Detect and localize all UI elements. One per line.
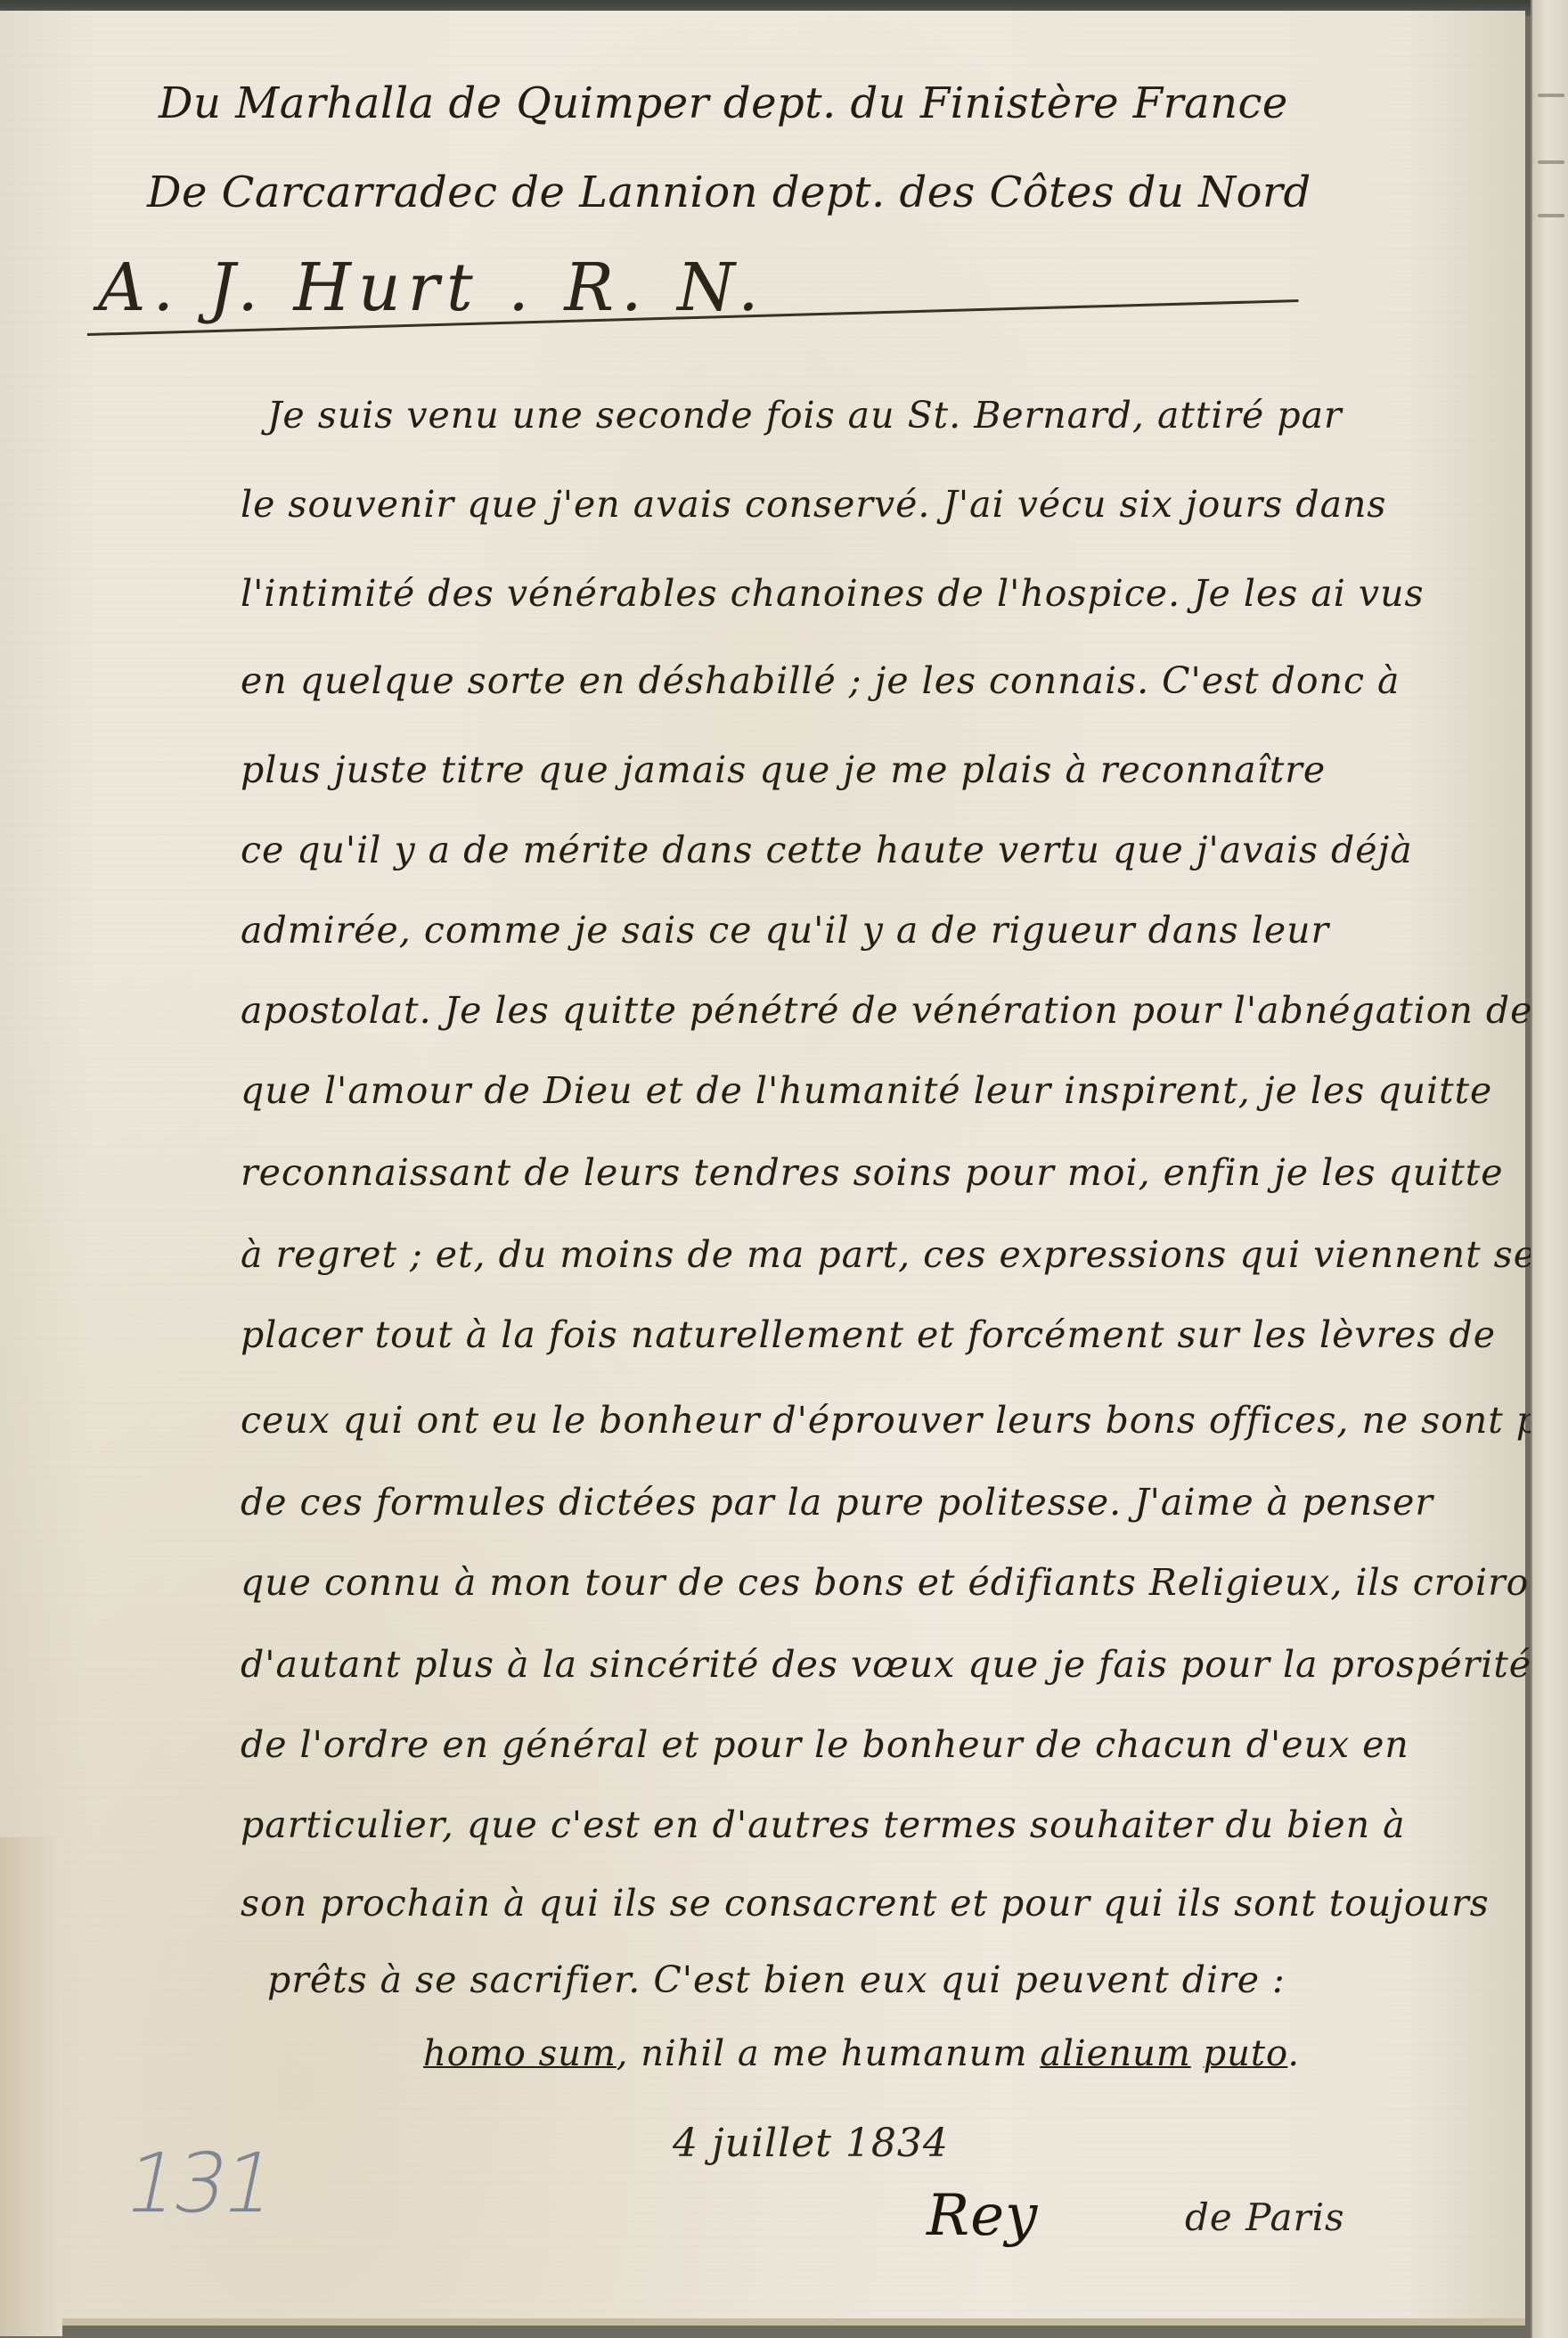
header-line-2: De Carcarradec de Lannion dept. des Côte…: [147, 168, 1311, 217]
body-line: plus juste titre que jamais que je me pl…: [241, 748, 1326, 791]
body-line: ce qu'il y a de mérite dans cette haute …: [241, 829, 1413, 871]
header-line-1: Du Marhalla de Quimper dept. du Finistèr…: [159, 78, 1288, 128]
body-line: apostolat. Je les quitte pénétré de véné…: [241, 989, 1568, 1032]
adjacent-page-edge: [1531, 0, 1568, 2338]
body-line: le souvenir que j'en avais conservé. J'a…: [241, 483, 1386, 526]
quote-word: homo sum: [423, 2033, 617, 2074]
letter-date: 4 juillet 1834: [673, 2121, 949, 2166]
body-line: son prochain à qui ils se consacrent et …: [241, 1882, 1490, 1925]
body-line: l'intimité des vénérables chanoines de l…: [241, 572, 1425, 615]
body-line: en quelque sorte en déshabillé ; je les …: [241, 659, 1400, 702]
page-number: 131: [117, 2136, 282, 2231]
body-line: d'autant plus à la sincérité des vœux qu…: [241, 1643, 1531, 1686]
body-line: particulier, que c'est en d'autres terme…: [241, 1803, 1406, 1846]
body-line: que l'amour de Dieu et de l'humanité leu…: [241, 1069, 1492, 1112]
quote-word: , nihil a me: [617, 2033, 829, 2074]
body-line: de l'ordre en général et pour le bonheur…: [241, 1723, 1409, 1766]
body-line: Je suis venu une seconde fois au St. Ber…: [267, 394, 1343, 437]
bleed-through-mark: [1538, 94, 1564, 97]
body-line: prêts à se sacrifier. C'est bien eux qui…: [267, 1958, 1286, 2001]
body-line: à regret ; et, du moins de ma part, ces …: [241, 1233, 1536, 1276]
body-line: de ces formules dictées par la pure poli…: [241, 1481, 1433, 1524]
body-line: placer tout à la fois naturellement et f…: [241, 1313, 1496, 1356]
signature: Rey: [927, 2183, 1038, 2249]
bleed-through-mark: [1538, 160, 1564, 164]
quote-word: .: [1287, 2033, 1300, 2074]
quote-word: humanum: [841, 2033, 1028, 2074]
author-name: A. J. Hurt . R. N.: [98, 249, 766, 326]
quote-word: puto: [1204, 2033, 1288, 2074]
body-line: que connu à mon tour de ces bons et édif…: [241, 1561, 1568, 1604]
body-line: ceux qui ont eu le bonheur d'éprouver le…: [241, 1399, 1568, 1442]
body-line: reconnaissant de leurs tendres soins pou…: [241, 1151, 1504, 1194]
quote-word: alienum: [1040, 2033, 1191, 2074]
signature-place: de Paris: [1185, 2195, 1345, 2239]
bleed-through-mark: [1538, 214, 1564, 217]
manuscript-page: Du Marhalla de Quimper dept. du Finistèr…: [0, 11, 1525, 2326]
worn-page-edge: [0, 1837, 62, 2336]
latin-quote: homo sum, nihil a me humanum alienum put…: [423, 2033, 1300, 2074]
body-line: admirée, comme je sais ce qu'il y a de r…: [241, 909, 1329, 952]
